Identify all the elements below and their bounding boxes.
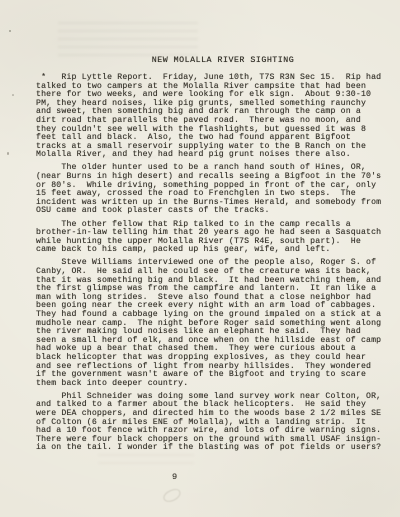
page-number: 9 (172, 472, 177, 482)
paragraph-other-fellow: The other fellow that Rip talked to in t… (36, 221, 380, 255)
paragraph-steve-williams: Steve Williams interviewed one of the pe… (36, 259, 380, 388)
paper-speck (12, 94, 14, 96)
paper-speck (9, 30, 11, 32)
scanned-document-page: NEW MOLALLA RIVER SIGHTING * Rip Lyttle … (0, 0, 400, 517)
document-body: NEW MOLALLA RIVER SIGHTING * Rip Lyttle … (36, 56, 380, 457)
faint-pen-mark (162, 487, 183, 504)
document-title: NEW MOLALLA RIVER SIGHTING (36, 56, 380, 65)
paragraph-rip-lyttle-report: * Rip Lyttle Report. Friday, June 10th, … (36, 74, 380, 160)
paper-speck (7, 152, 9, 155)
bleedthrough-smudge-top (58, 20, 198, 56)
paragraph-phil-schneider: Phil Schneider was doing some land surve… (36, 393, 380, 453)
paragraph-older-hunter: The older hunter used to be a ranch hand… (36, 164, 380, 216)
